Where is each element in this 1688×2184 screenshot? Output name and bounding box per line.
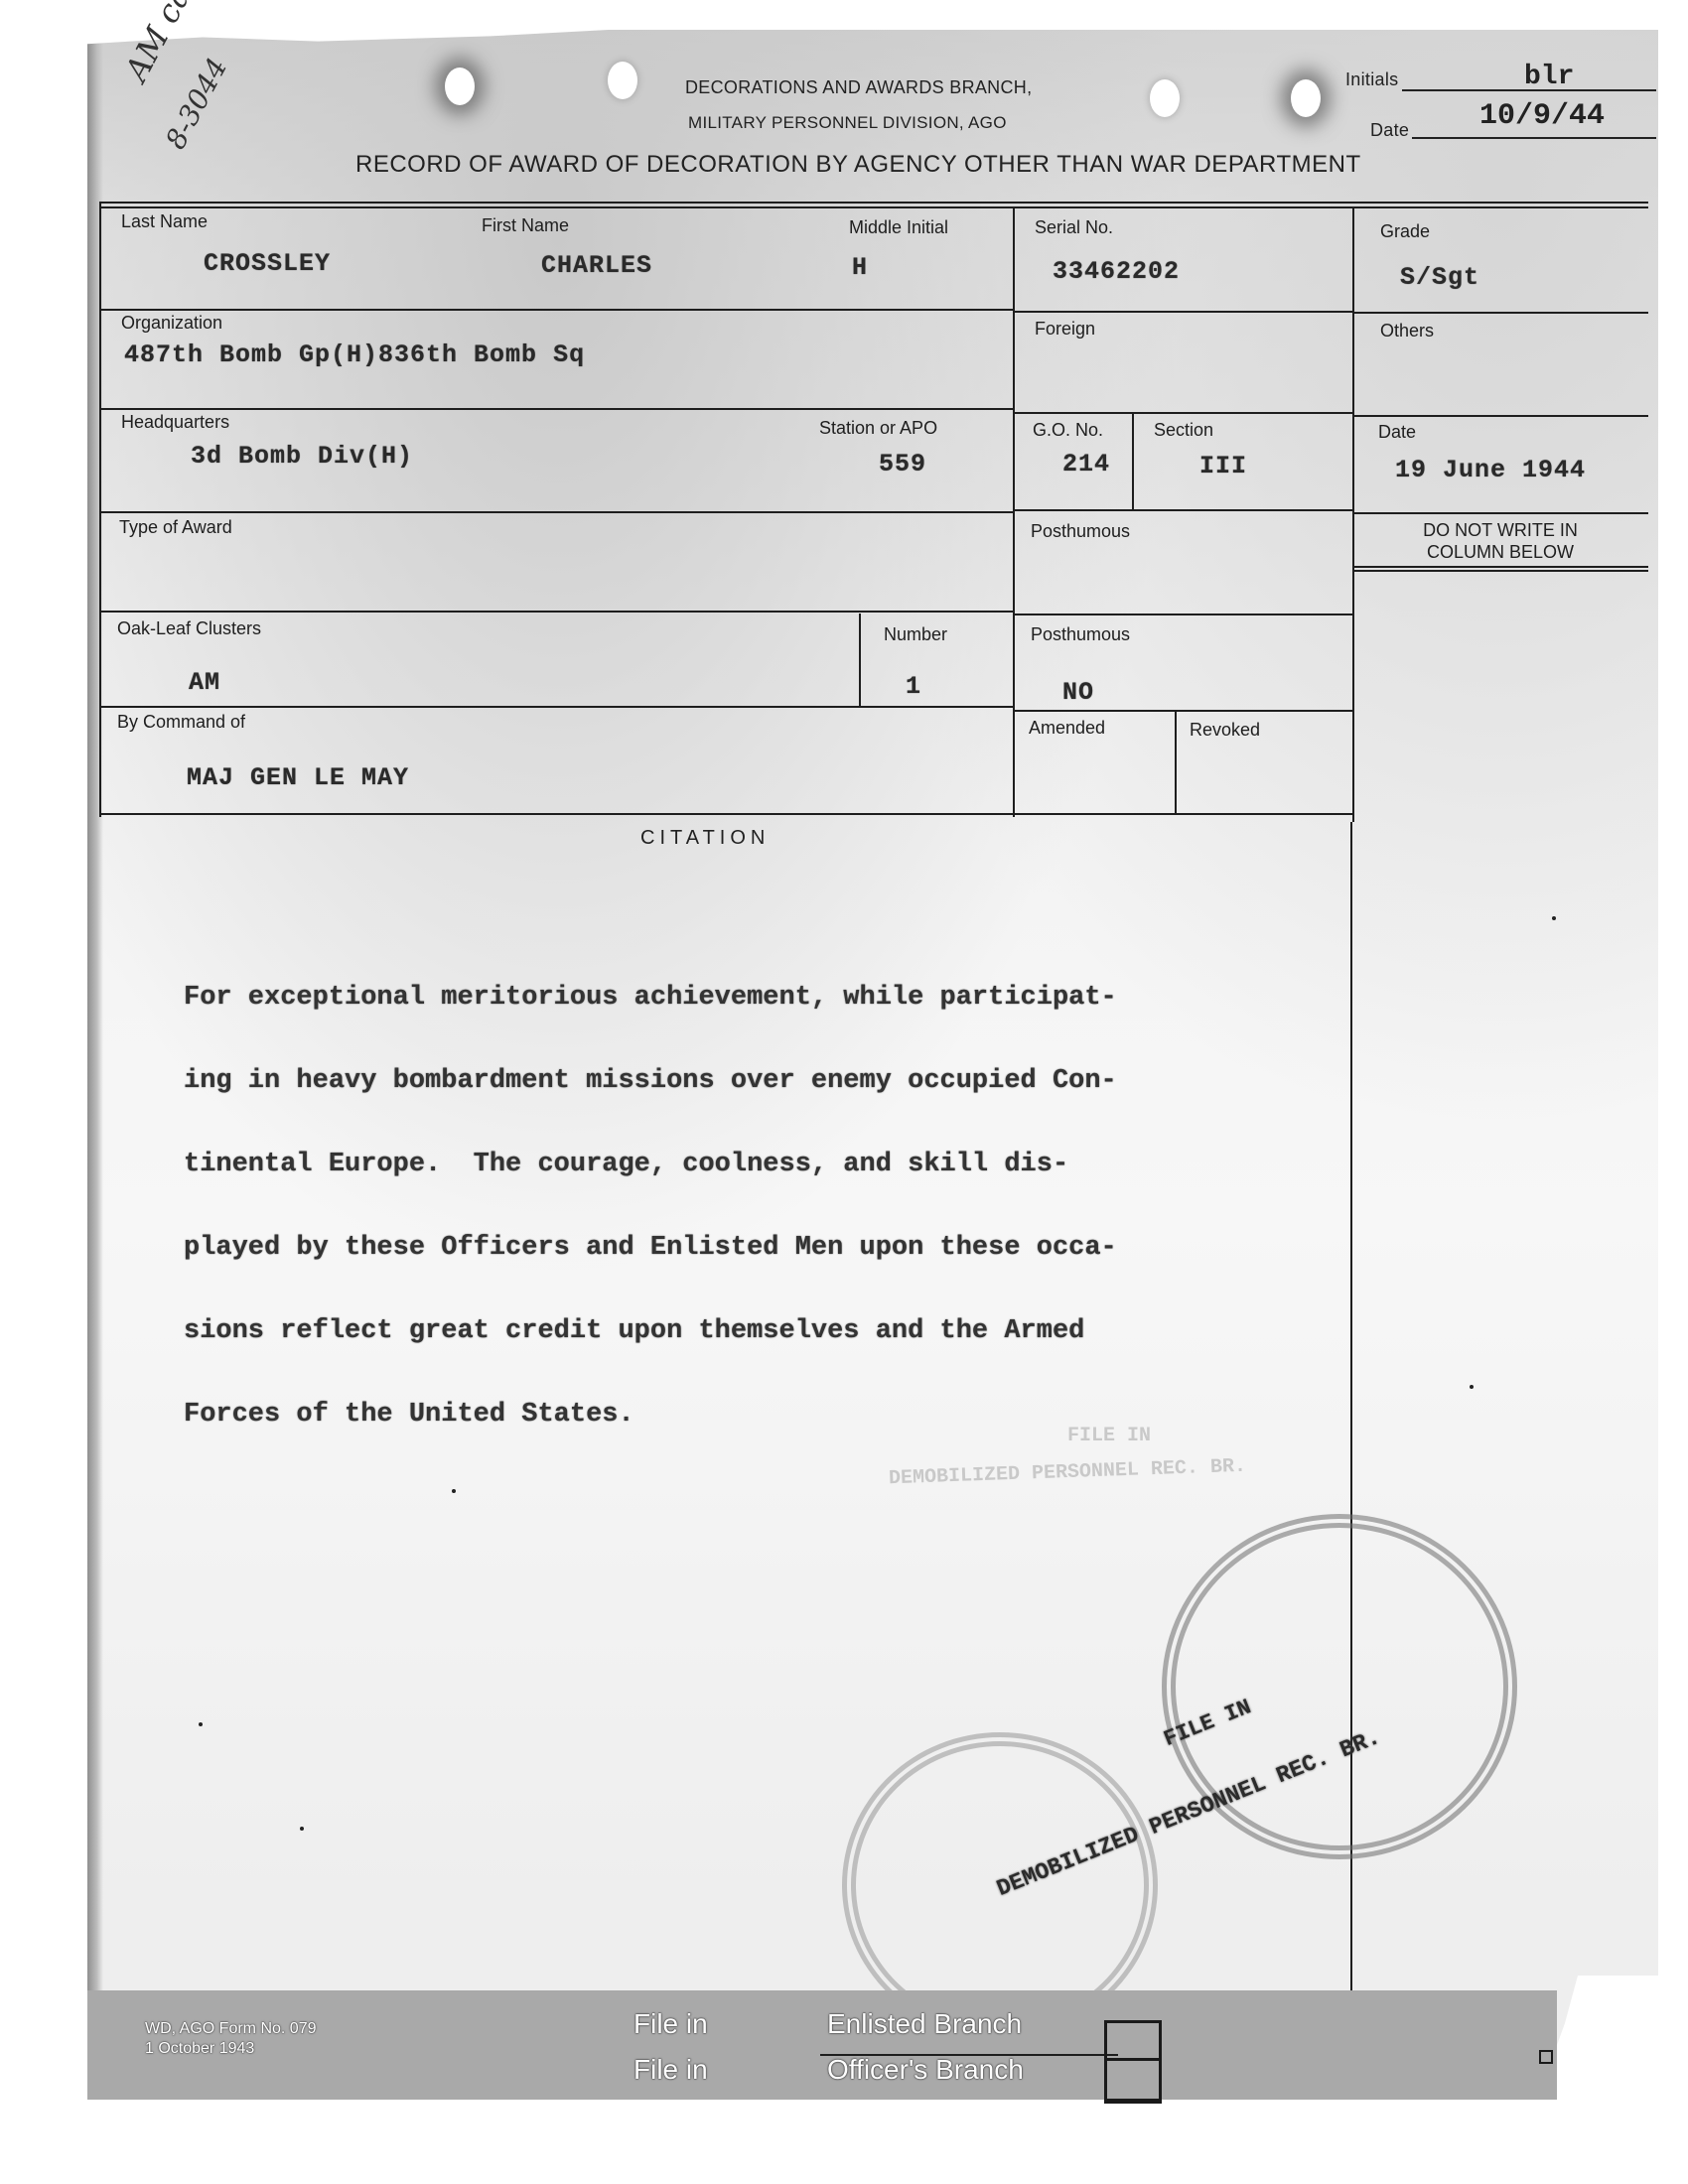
form-title: RECORD OF AWARD OF DECORATION BY AGENCY … xyxy=(355,151,1361,179)
divider xyxy=(1132,412,1134,509)
citation-title: CITATION xyxy=(640,827,770,850)
divider xyxy=(99,206,1648,208)
divider xyxy=(99,813,1352,815)
section-value[interactable]: III xyxy=(1199,452,1247,480)
divider xyxy=(1013,509,1352,511)
citation-line: ing in heavy bombardment missions over e… xyxy=(184,1067,1365,1095)
divider xyxy=(99,202,1648,204)
posthumous-label-2: Posthumous xyxy=(1031,624,1130,645)
divider xyxy=(99,202,101,817)
station-apo-label: Station or APO xyxy=(819,418,937,439)
award-record-form: Last Name CROSSLEY First Name CHARLES Mi… xyxy=(99,202,1648,822)
file-in-label-2: File in xyxy=(633,2054,708,2086)
divider xyxy=(1013,311,1352,313)
section-label: Section xyxy=(1154,420,1213,441)
divider xyxy=(99,511,1013,513)
serial-no-value[interactable]: 33462202 xyxy=(1053,257,1180,286)
oak-leaf-clusters-label: Oak-Leaf Clusters xyxy=(117,618,261,639)
corner-mark-icon xyxy=(1539,2050,1553,2064)
foreign-label: Foreign xyxy=(1035,319,1095,340)
form-number: WD, AGO Form No. 079 xyxy=(145,2020,316,2038)
do-not-write-line1: DO NOT WRITE IN xyxy=(1352,519,1648,541)
divider xyxy=(1352,512,1648,514)
divider xyxy=(99,611,1013,613)
date-value[interactable]: 10/9/44 xyxy=(1479,99,1605,133)
division-name: MILITARY PERSONNEL DIVISION, AGO xyxy=(688,113,1007,133)
enlisted-branch-checkbox[interactable] xyxy=(1104,2020,1162,2061)
type-of-award-label: Type of Award xyxy=(119,517,232,538)
speck xyxy=(300,1827,304,1831)
do-not-write-line2: COLUMN BELOW xyxy=(1352,541,1648,563)
divider xyxy=(1352,566,1648,568)
speck xyxy=(1552,916,1556,920)
divider xyxy=(1013,412,1352,414)
last-name-value[interactable]: CROSSLEY xyxy=(204,249,331,278)
go-no-value[interactable]: 214 xyxy=(1062,450,1110,478)
station-apo-value[interactable]: 559 xyxy=(879,450,926,478)
last-name-label: Last Name xyxy=(121,211,208,232)
serial-no-label: Serial No. xyxy=(1035,217,1113,238)
posthumous-label: Posthumous xyxy=(1031,521,1130,542)
others-label: Others xyxy=(1380,321,1434,341)
middle-initial-label: Middle Initial xyxy=(849,217,948,238)
citation-line: tinental Europe. The courage, coolness, … xyxy=(184,1151,1365,1178)
punch-hole-icon xyxy=(608,62,637,99)
initials-value[interactable]: blr xyxy=(1524,62,1574,92)
citation-line: For exceptional meritorious achievement,… xyxy=(184,984,1365,1012)
citation-line: Forces of the United States. xyxy=(184,1401,1365,1429)
initials-label: Initials xyxy=(1345,69,1398,90)
headquarters-value[interactable]: 3d Bomb Div(H) xyxy=(191,442,413,471)
speck xyxy=(452,1489,456,1493)
citation-line: sions reflect great credit upon themselv… xyxy=(184,1317,1365,1345)
divider xyxy=(99,408,1013,410)
date-field-label: Date xyxy=(1378,422,1416,443)
form-footer: WD, AGO Form No. 079 1 October 1943 File… xyxy=(87,1990,1557,2100)
divider xyxy=(859,614,861,707)
divider xyxy=(99,309,1013,311)
punch-hole-icon xyxy=(1291,79,1321,117)
by-command-of-label: By Command of xyxy=(117,712,245,733)
posthumous-value[interactable]: NO xyxy=(1062,678,1094,707)
divider xyxy=(1013,710,1352,712)
amended-label: Amended xyxy=(1029,718,1105,739)
go-no-label: G.O. No. xyxy=(1033,420,1103,441)
number-value[interactable]: 1 xyxy=(906,672,921,701)
divider xyxy=(1013,614,1352,615)
date-label: Date xyxy=(1370,120,1409,141)
do-not-write-notice: DO NOT WRITE IN COLUMN BELOW xyxy=(1352,519,1648,563)
form-date: 1 October 1943 xyxy=(145,2040,254,2058)
branch-name: DECORATIONS AND AWARDS BRANCH, xyxy=(685,77,1032,98)
divider xyxy=(1352,415,1648,417)
divider xyxy=(99,706,1013,708)
divider xyxy=(1352,206,1354,822)
divider xyxy=(1175,710,1177,813)
officers-branch-checkbox[interactable] xyxy=(1104,2058,1162,2102)
first-name-label: First Name xyxy=(482,215,569,236)
punch-hole-icon xyxy=(445,68,475,105)
grade-value[interactable]: S/Sgt xyxy=(1400,263,1479,292)
revoked-label: Revoked xyxy=(1190,720,1260,741)
divider xyxy=(1013,206,1015,817)
first-name-value[interactable]: CHARLES xyxy=(541,251,652,280)
by-command-of-value[interactable]: MAJ GEN LE MAY xyxy=(187,763,409,792)
date-field-value[interactable]: 19 June 1944 xyxy=(1395,456,1586,484)
faded-stamp-line: FILE IN xyxy=(1067,1425,1151,1447)
officers-branch-label: Officer's Branch xyxy=(827,2054,1024,2086)
date-underline xyxy=(1412,137,1656,139)
organization-label: Organization xyxy=(121,313,222,334)
organization-value[interactable]: 487th Bomb Gp(H)836th Bomb Sq xyxy=(124,341,585,369)
headquarters-label: Headquarters xyxy=(121,412,229,433)
citation-line: played by these Officers and Enlisted Me… xyxy=(184,1234,1365,1262)
oak-leaf-clusters-value[interactable]: AM xyxy=(189,668,220,697)
citation-text: For exceptional meritorious achievement,… xyxy=(184,928,1365,1456)
number-label: Number xyxy=(884,624,947,645)
speck xyxy=(199,1722,203,1726)
divider xyxy=(1352,570,1648,572)
middle-initial-value[interactable]: H xyxy=(852,253,868,282)
punch-hole-icon xyxy=(1150,79,1180,117)
divider xyxy=(1352,312,1648,314)
grade-label: Grade xyxy=(1380,221,1430,242)
speck xyxy=(1470,1385,1474,1389)
enlisted-branch-label: Enlisted Branch xyxy=(827,2008,1022,2040)
file-in-label-1: File in xyxy=(633,2008,708,2040)
